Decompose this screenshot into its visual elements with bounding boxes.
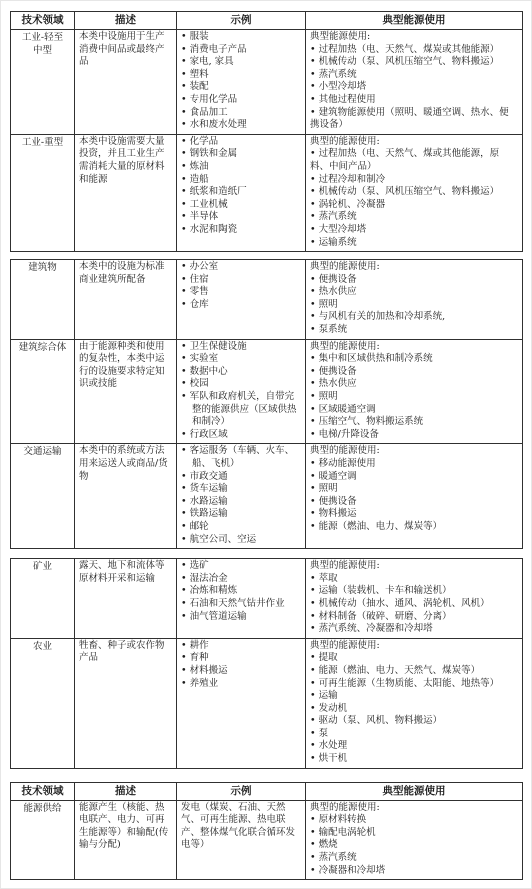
energy-item: • 蒸汽系统 xyxy=(310,211,518,224)
table-row: 农业牲畜、种子或农作物产品• 耕作• 育种• 材料搬运• 养殖业典型的能源使用:… xyxy=(11,638,523,768)
example-item: • 耕作 xyxy=(181,640,301,653)
example-item: • 材料搬运 xyxy=(181,665,301,678)
example-item: • 客运服务（车辆、火车、船、飞机） xyxy=(181,445,301,470)
description-cell: 由于能源种类和使用的复杂性，本类中运行的设施要求特定知识或技能 xyxy=(75,339,177,444)
column-header: 技术领域 xyxy=(11,782,75,800)
example-item: • 冶炼和精炼 xyxy=(181,585,301,598)
description-cell: 本类中设施需要大量投资，并且工业生产需消耗大量的原材料和能源 xyxy=(75,134,177,251)
energy-item: • 萃取 xyxy=(310,573,518,586)
energy-item: • 便携设备 xyxy=(310,366,518,379)
energy-intro: 典型的能源使用: xyxy=(310,261,518,274)
field-cell: 交通运输 xyxy=(11,444,75,549)
header-row: 技术领域描述示例典型能源使用 xyxy=(11,782,523,800)
energy-item: • 其他过程使用 xyxy=(310,94,518,107)
energy-supply-table: 技术领域描述示例典型能源使用能源供给能源产生（核能、热电联产、电力、可再生能源等… xyxy=(10,782,523,881)
description-cell: 本类中的系统或方法用来运送人或商品/货物 xyxy=(75,444,177,549)
energy-cell: 典型的能源使用:• 原材料转换• 输配电涡轮机• 燃烧• 蒸汽系统• 冷凝器和冷… xyxy=(306,800,523,880)
examples-cell: • 客运服务（车辆、火车、船、飞机）• 市政交通• 货车运输• 水路运输• 铁路… xyxy=(177,444,306,549)
example-item: 发电（煤炭、石油、天然气、可再生能源、热电联产、整体煤气化联合循环发电等） xyxy=(181,802,301,852)
example-item: • 住宿 xyxy=(181,274,301,287)
description-cell: 能源产生（核能、热电联产、电力、可再生能源等）和输配(传输与分配) xyxy=(75,800,177,880)
example-item: • 选矿 xyxy=(181,560,301,573)
example-item: • 工业机械 xyxy=(181,199,301,212)
table-row: 建筑综合体由于能源种类和使用的复杂性，本类中运行的设施要求特定知识或技能• 卫生… xyxy=(11,339,523,444)
example-item: • 卫生保健设施 xyxy=(181,341,301,354)
energy-item: • 可再生能源（生物质能、太阳能、地热等） xyxy=(310,678,518,691)
energy-intro: 典型的能源使用: xyxy=(310,445,518,458)
energy-item: • 暖通空调 xyxy=(310,471,518,484)
energy-item: • 烘干机 xyxy=(310,753,518,766)
energy-cell: 典型能源使用:• 过程加热（电、天然气、煤炭或其他能源）• 机械传动（泵、风机压… xyxy=(306,30,523,135)
energy-item: • 机械传动（抽水、通风、涡轮机、风机） xyxy=(310,598,518,611)
example-item: • 湿法冶金 xyxy=(181,573,301,586)
industry-table: 技术领域描述示例典型能源使用工业-轻至中型本类中设施用于生产消费中间品或最终产品… xyxy=(10,11,523,252)
energy-intro: 典型的能源使用: xyxy=(310,560,518,573)
example-item: • 专用化学品 xyxy=(181,94,301,107)
energy-item: • 泵 xyxy=(310,728,518,741)
buildings-transport-table: 建筑物本类中的设施为标准商业建筑所配备• 办公室• 住宿• 零售• 仓库典型的能… xyxy=(10,259,523,549)
examples-cell: • 选矿• 湿法冶金• 冶炼和精炼• 石油和天然气钻井作业• 油气管道运输 xyxy=(177,559,306,639)
example-item: • 水泥和陶瓷 xyxy=(181,224,301,237)
energy-item: • 原材料转换 xyxy=(310,814,518,827)
example-item: • 航空公司、空运 xyxy=(181,534,301,547)
examples-cell: • 办公室• 住宿• 零售• 仓库 xyxy=(177,260,306,340)
example-item: • 校园 xyxy=(181,378,301,391)
example-item: • 育种 xyxy=(181,652,301,665)
energy-item: • 过程加热（电、天然气、煤炭或其他能源） xyxy=(310,44,518,57)
example-item: • 实验室 xyxy=(181,353,301,366)
examples-cell: • 服装• 消费电子产品• 家电, 家具• 塑料• 装配• 专用化学品• 食品加… xyxy=(177,30,306,135)
energy-item: • 蒸汽系统 xyxy=(310,69,518,82)
energy-item: • 物料搬运 xyxy=(310,508,518,521)
field-cell: 矿业 xyxy=(11,559,75,639)
energy-item: • 发动机 xyxy=(310,703,518,716)
example-item: • 装配 xyxy=(181,81,301,94)
energy-cell: 典型的能源使用:• 便携设备• 热水供应• 照明• 与风机有关的加热和冷却系统,… xyxy=(306,260,523,340)
column-header: 示例 xyxy=(177,12,306,30)
energy-item: • 涡轮机、冷凝器 xyxy=(310,199,518,212)
energy-item: • 运输系统 xyxy=(310,237,518,250)
example-item: • 铁路运输 xyxy=(181,508,301,521)
mining-agriculture-table: 矿业露天、地下和流体等原材料开采和运输• 选矿• 湿法冶金• 冶炼和精炼• 石油… xyxy=(10,558,523,769)
energy-cell: 典型的能源使用:• 萃取• 运输（装载机、卡车和输送机）• 机械传动（抽水、通风… xyxy=(306,559,523,639)
examples-cell: • 卫生保健设施• 实验室• 数据中心• 校园• 军队和政府机关，自带完整的能源… xyxy=(177,339,306,444)
example-item: • 水和废水处理 xyxy=(181,119,301,132)
description-cell: 本类中的设施为标准商业建筑所配备 xyxy=(75,260,177,340)
energy-item: • 区域暖通空调 xyxy=(310,404,518,417)
table-row: 工业-重型本类中设施需要大量投资，并且工业生产需消耗大量的原材料和能源• 化学品… xyxy=(11,134,523,251)
energy-item: • 与风机有关的加热和冷却系统, xyxy=(310,311,518,324)
energy-item: • 蒸汽系统 xyxy=(310,852,518,865)
document-page: 技术领域描述示例典型能源使用工业-轻至中型本类中设施用于生产消费中间品或最终产品… xyxy=(0,0,532,889)
table-row: 工业-轻至中型本类中设施用于生产消费中间品或最终产品• 服装• 消费电子产品• … xyxy=(11,30,523,135)
energy-item: • 便携设备 xyxy=(310,274,518,287)
energy-item: • 照明 xyxy=(310,483,518,496)
column-header: 技术领域 xyxy=(11,12,75,30)
energy-item: • 照明 xyxy=(310,391,518,404)
example-item: • 市政交通 xyxy=(181,471,301,484)
example-item: • 邮轮 xyxy=(181,521,301,534)
examples-cell: • 化学品• 钢铁和金属• 炼油• 造船• 纸浆和造纸厂• 工业机械• 半导体•… xyxy=(177,134,306,251)
energy-item: • 水处理 xyxy=(310,740,518,753)
example-item: • 化学品 xyxy=(181,136,301,149)
example-item: • 纸浆和造纸厂 xyxy=(181,186,301,199)
energy-item: • 运输 xyxy=(310,690,518,703)
field-cell: 建筑物 xyxy=(11,260,75,340)
description-cell: 牲畜、种子或农作物产品 xyxy=(75,638,177,768)
description-cell: 露天、地下和流体等原材料开采和运输 xyxy=(75,559,177,639)
energy-item: • 过程加热（电、天然气、煤或其他能源，原料、中间产品） xyxy=(310,148,518,173)
energy-item: • 蒸汽系统、冷凝器和冷却塔 xyxy=(310,623,518,636)
energy-intro: 典型的能源使用: xyxy=(310,802,518,815)
energy-item: • 能源（燃油、电力、煤炭等） xyxy=(310,521,518,534)
column-header: 典型能源使用 xyxy=(306,12,523,30)
energy-item: • 提取 xyxy=(310,652,518,665)
energy-item: • 小型冷却塔 xyxy=(310,81,518,94)
energy-cell: 典型的能源使用:• 移动能源使用• 暖通空调• 照明• 便携设备• 物料搬运• … xyxy=(306,444,523,549)
example-item: • 造船 xyxy=(181,174,301,187)
description-cell: 本类中设施用于生产消费中间品或最终产品 xyxy=(75,30,177,135)
energy-item: • 驱动（泵、风机、物料搬运） xyxy=(310,715,518,728)
example-item: • 仓库 xyxy=(181,299,301,312)
field-cell: 能源供给 xyxy=(11,800,75,880)
table-row: 建筑物本类中的设施为标准商业建筑所配备• 办公室• 住宿• 零售• 仓库典型的能… xyxy=(11,260,523,340)
examples-cell: 发电（煤炭、石油、天然气、可再生能源、热电联产、整体煤气化联合循环发电等） xyxy=(177,800,306,880)
energy-item: • 输配电涡轮机 xyxy=(310,827,518,840)
tables-container: 技术领域描述示例典型能源使用工业-轻至中型本类中设施用于生产消费中间品或最终产品… xyxy=(10,11,522,880)
example-item: • 零售 xyxy=(181,286,301,299)
energy-item: • 压缩空气、物料搬运系统 xyxy=(310,416,518,429)
column-header: 示例 xyxy=(177,782,306,800)
energy-cell: 典型的能源使用:• 过程加热（电、天然气、煤或其他能源，原料、中间产品）• 过程… xyxy=(306,134,523,251)
energy-item: • 大型冷却塔 xyxy=(310,224,518,237)
example-item: • 办公室 xyxy=(181,261,301,274)
energy-item: • 材料制备（破碎、研磨、分离） xyxy=(310,611,518,624)
example-item: • 石油和天然气钻井作业 xyxy=(181,598,301,611)
example-item: • 塑料 xyxy=(181,69,301,82)
column-header: 典型能源使用 xyxy=(306,782,523,800)
examples-cell: • 耕作• 育种• 材料搬运• 养殖业 xyxy=(177,638,306,768)
energy-item: • 热水供应 xyxy=(310,286,518,299)
energy-intro: 典型的能源使用: xyxy=(310,640,518,653)
energy-item: • 照明 xyxy=(310,299,518,312)
energy-item: • 冷凝器和冷却塔 xyxy=(310,865,518,878)
energy-intro: 典型能源使用: xyxy=(310,31,518,44)
column-header: 描述 xyxy=(75,12,177,30)
example-item: • 货车运输 xyxy=(181,483,301,496)
example-item: • 水路运输 xyxy=(181,496,301,509)
table-row: 矿业露天、地下和流体等原材料开采和运输• 选矿• 湿法冶金• 冶炼和精炼• 石油… xyxy=(11,559,523,639)
example-item: • 半导体 xyxy=(181,211,301,224)
field-cell: 工业-轻至中型 xyxy=(11,30,75,135)
energy-intro: 典型的能源使用: xyxy=(310,136,518,149)
example-item: • 消费电子产品 xyxy=(181,44,301,57)
header-row: 技术领域描述示例典型能源使用 xyxy=(11,12,523,30)
energy-item: • 机械传动（泵、风机压缩空气、物料搬运） xyxy=(310,186,518,199)
field-cell: 建筑综合体 xyxy=(11,339,75,444)
column-header: 描述 xyxy=(75,782,177,800)
energy-item: • 建筑物能源使用（照明、暖通空调、热水、便携设备） xyxy=(310,107,518,132)
energy-item: • 能源（燃油、电力、天然气、煤炭等） xyxy=(310,665,518,678)
table-row: 交通运输本类中的系统或方法用来运送人或商品/货物• 客运服务（车辆、火车、船、飞… xyxy=(11,444,523,549)
example-item: • 行政区域 xyxy=(181,429,301,442)
energy-item: • 电梯/升降设备 xyxy=(310,429,518,442)
energy-item: • 热水供应 xyxy=(310,378,518,391)
energy-cell: 典型的能源使用:• 提取• 能源（燃油、电力、天然气、煤炭等）• 可再生能源（生… xyxy=(306,638,523,768)
field-cell: 农业 xyxy=(11,638,75,768)
example-item: • 钢铁和金属 xyxy=(181,148,301,161)
example-item: • 服装 xyxy=(181,31,301,44)
example-item: • 家电, 家具 xyxy=(181,56,301,69)
energy-item: • 过程冷却和制冷 xyxy=(310,174,518,187)
field-cell: 工业-重型 xyxy=(11,134,75,251)
example-item: • 数据中心 xyxy=(181,366,301,379)
energy-item: • 集中和区域供热和制冷系统 xyxy=(310,353,518,366)
energy-item: • 燃烧 xyxy=(310,839,518,852)
example-item: • 养殖业 xyxy=(181,678,301,691)
example-item: • 油气管道运输 xyxy=(181,611,301,624)
energy-item: • 泵系统 xyxy=(310,324,518,337)
example-item: • 军队和政府机关，自带完整的能源供应（区域供热和制冷） xyxy=(181,391,301,429)
energy-item: • 移动能源使用 xyxy=(310,458,518,471)
energy-item: • 便携设备 xyxy=(310,496,518,509)
energy-intro: 典型的能源使用: xyxy=(310,341,518,354)
energy-cell: 典型的能源使用:• 集中和区域供热和制冷系统• 便携设备• 热水供应• 照明• … xyxy=(306,339,523,444)
example-item: • 食品加工 xyxy=(181,107,301,120)
example-item: • 炼油 xyxy=(181,161,301,174)
energy-item: • 运输（装载机、卡车和输送机） xyxy=(310,585,518,598)
table-row: 能源供给能源产生（核能、热电联产、电力、可再生能源等）和输配(传输与分配)发电（… xyxy=(11,800,523,880)
energy-item: • 机械传动（泵、风机压缩空气、物料搬运） xyxy=(310,56,518,69)
